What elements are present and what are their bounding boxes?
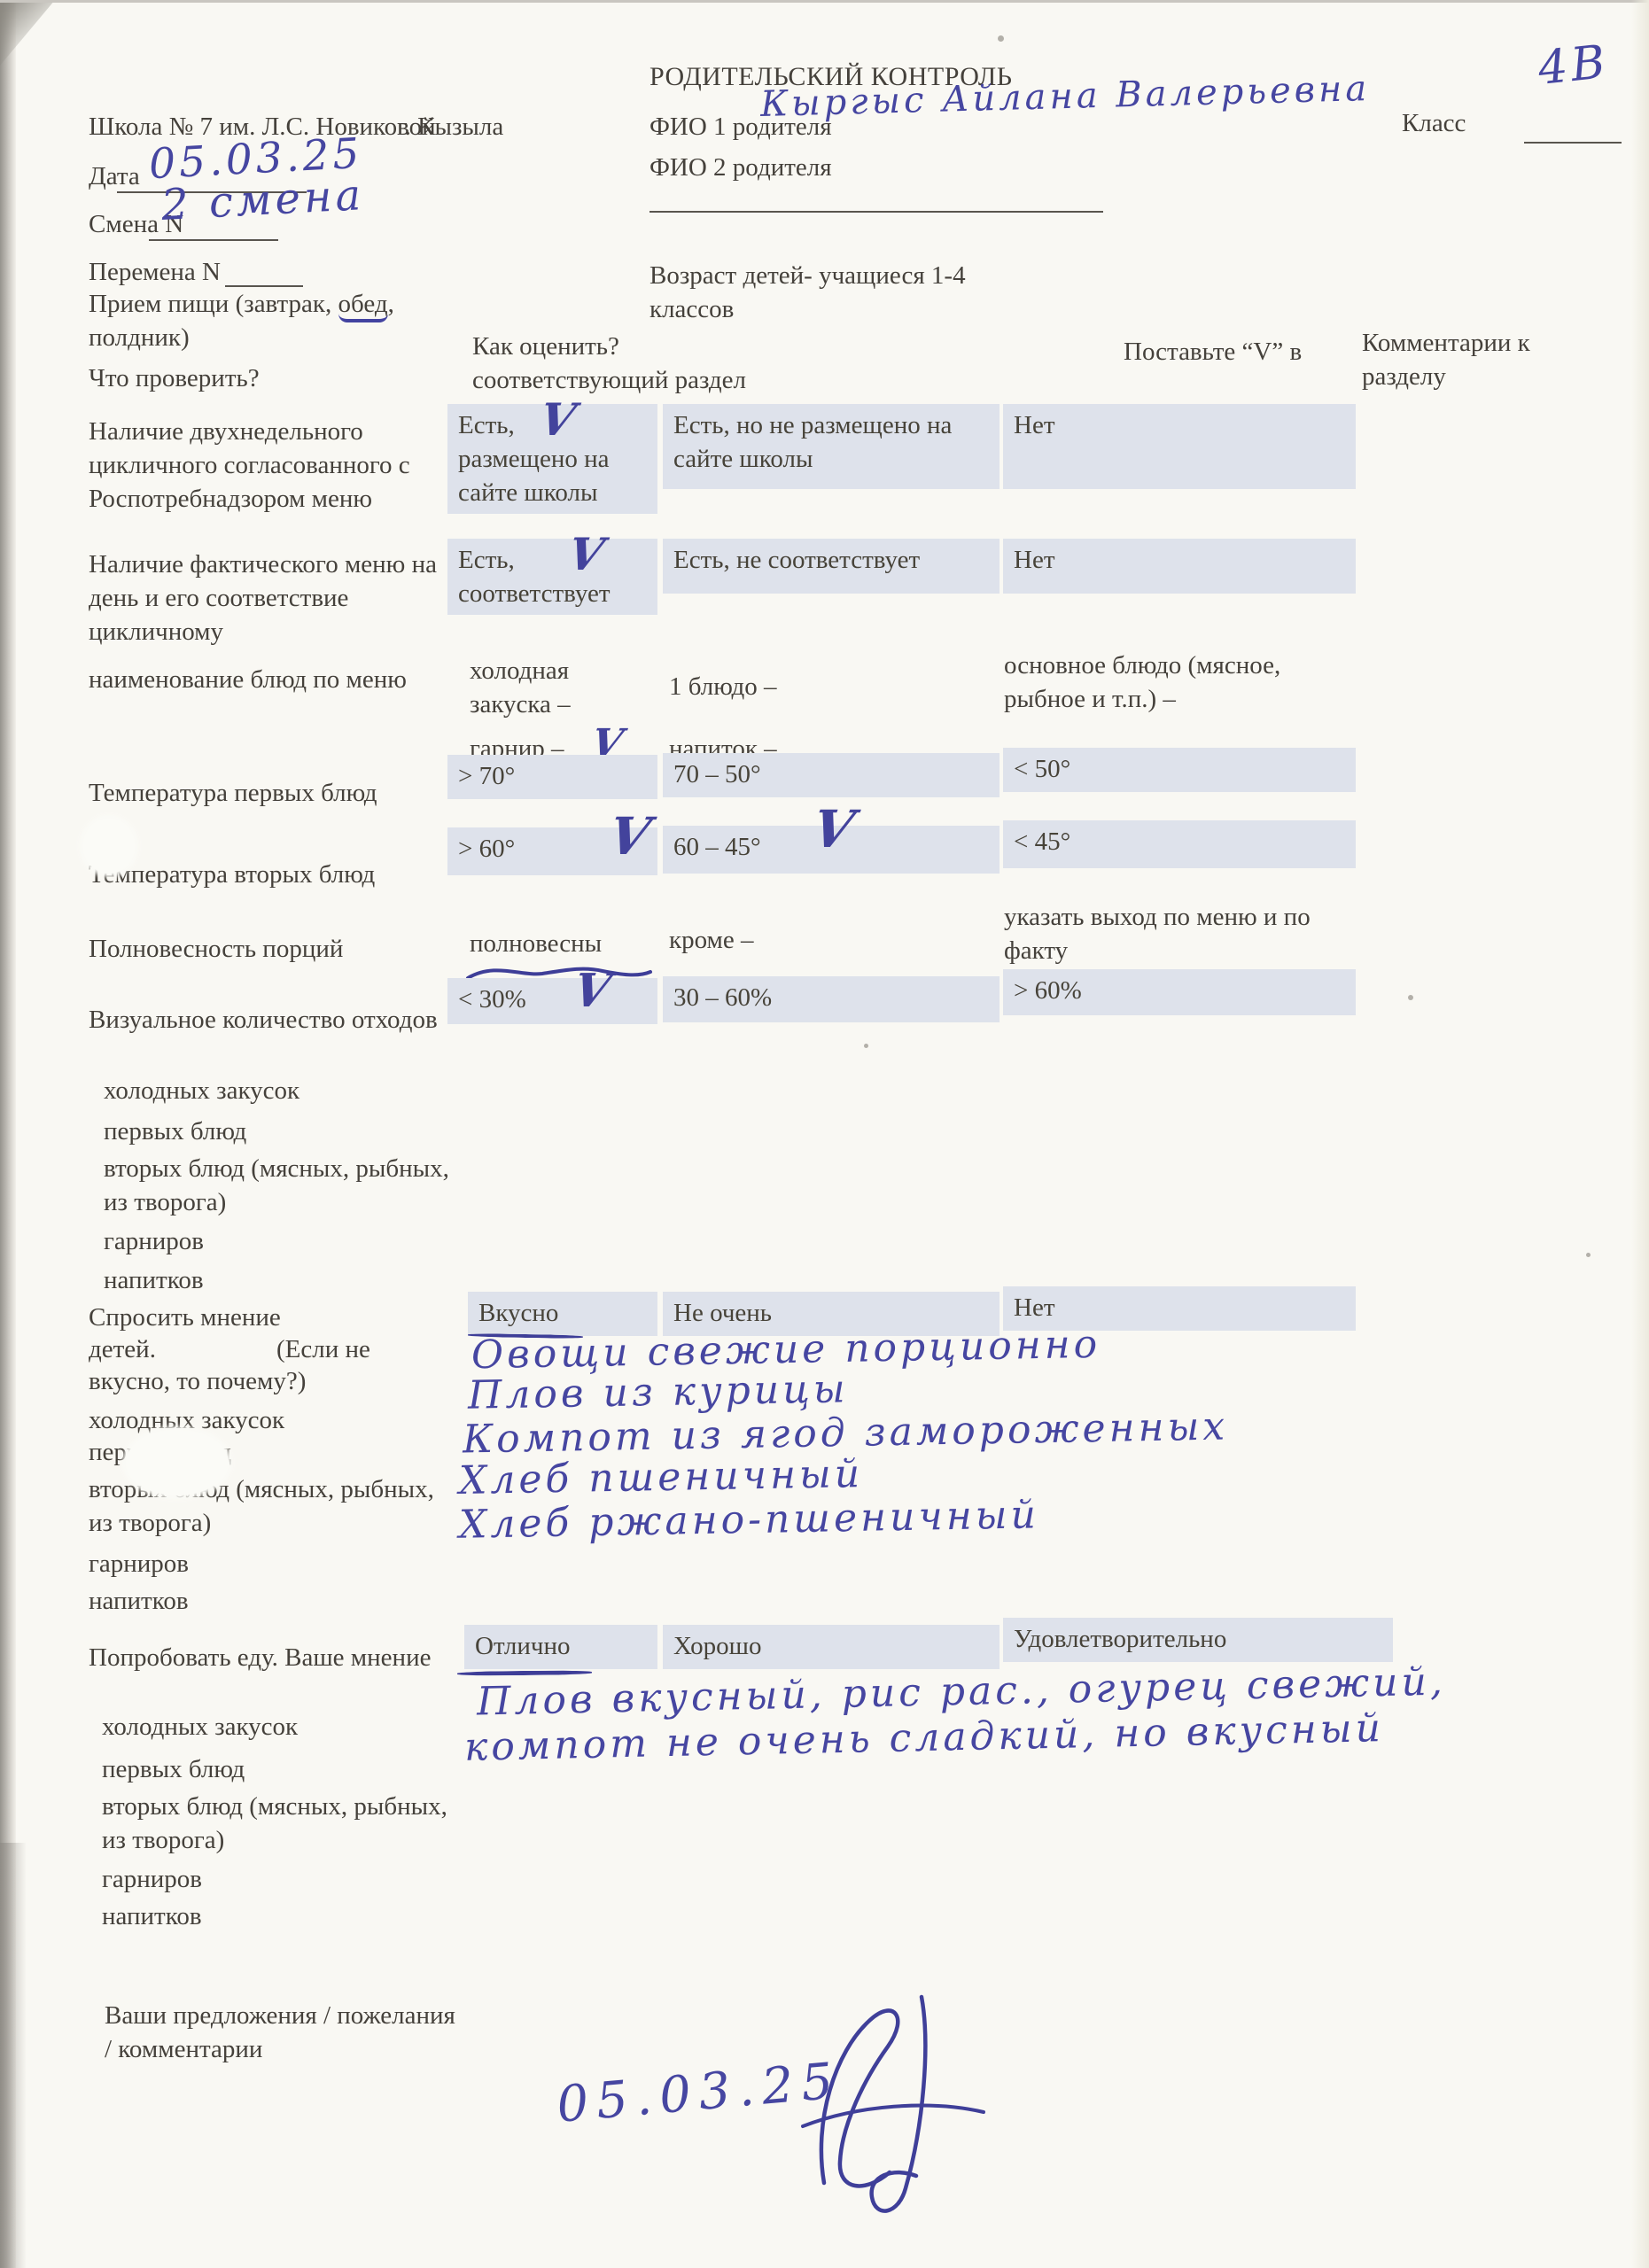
signature [783, 1988, 996, 2227]
break-label: Перемена N [89, 255, 221, 289]
temp-first-gt70: > 70° [447, 755, 657, 799]
meal-suffix: , [388, 290, 394, 318]
list1-second-courses: вторых блюд (мясных, рыбных, [104, 1152, 449, 1185]
waste-gt60: > 60% [1003, 969, 1356, 1015]
row-fact-menu-label: Наличие фактического меню на день и его … [89, 548, 437, 649]
date-label: Дата [89, 159, 140, 193]
dish-first-course: 1 блюдо – [669, 670, 776, 703]
dish-main-course: основное блюдо (мясное, рыбное и т.п.) – [1004, 649, 1280, 716]
scan-speck [864, 1044, 868, 1048]
list2-garnishes: гарниров [89, 1547, 189, 1581]
meal-label: Прием пищи (завтрак, обед, [89, 287, 394, 321]
list1-drinks: напитков [104, 1263, 204, 1297]
cyclic-menu-opt-no: Нет [1003, 404, 1356, 489]
portions-except: кроме – [669, 923, 754, 957]
scan-speck [1408, 995, 1413, 1000]
row-ask-label-2b: (Если не [276, 1332, 370, 1366]
class-label: Класс [1402, 106, 1466, 140]
row-temp-second-label: Температура вторых блюд [89, 858, 375, 891]
row-cyclic-menu-label: Наличие двухнедельного цикличного соглас… [89, 415, 410, 516]
list3-first-courses: первых блюд [102, 1752, 245, 1786]
row-ask-label-1: Спросить мнение [89, 1301, 281, 1334]
temp-first-70-50: 70 – 50° [663, 753, 1000, 797]
age-note: Возраст детей- учащиеся 1-4 классов [649, 259, 966, 326]
portions-full: полновесны [470, 927, 602, 960]
taste-opt-satisfactory: Удовлетворительно [1003, 1618, 1393, 1662]
scan-corner-top-left [0, 0, 55, 66]
correction-blob [126, 1430, 229, 1495]
pen-underline-excellent [457, 1670, 592, 1676]
meal-prefix: Прием пищи (завтрак, [89, 290, 338, 318]
list1-first-courses: первых блюд [104, 1115, 246, 1148]
fact-menu-opt-no-match: Есть, не соответствует [663, 539, 1000, 594]
portions-specify-yield: указать выход по меню и по факту [1004, 900, 1311, 967]
row-portions-label: Полновесность порций [89, 932, 343, 966]
waste-lt30: < 30% [447, 978, 657, 1024]
temp-first-lt50: < 50° [1003, 748, 1356, 792]
class-underline [1524, 142, 1622, 144]
ask-note-5: Хлеб ржано-пшеничный [459, 1492, 1040, 1547]
scan-speck [998, 35, 1004, 42]
col-header-how: Как оценить? соответствующий раздел [472, 330, 746, 397]
shift-underline [149, 239, 278, 241]
list1-second-courses-cont: из творога) [104, 1185, 226, 1219]
col-header-put-v: Поставьте “V” в [1124, 335, 1302, 369]
col-header-what: Что проверить? [89, 361, 260, 395]
row-taste-label: Попробовать еду. Ваше мнение [89, 1641, 431, 1674]
list3-garnishes: гарниров [102, 1862, 202, 1896]
fio2-label: ФИО 2 родителя [649, 151, 832, 184]
col-header-comments: Комментарии к разделу [1362, 326, 1530, 393]
fio2-underline [649, 211, 1103, 213]
list2-drinks: напитков [89, 1584, 189, 1618]
cyclic-menu-opt-not-posted: Есть, но не размещено на сайте школы [663, 404, 1000, 489]
scan-edge-right [1631, 0, 1649, 2268]
row-waste-label: Визуальное количество отходов [89, 1003, 438, 1037]
scan-edge-top [0, 0, 1649, 3]
list1-cold-appetizers: холодных закусок [104, 1074, 299, 1107]
list3-second-courses: вторых блюд (мясных, рыбных, [102, 1790, 447, 1823]
suggestions-label: Ваши предложения / пожелания / комментар… [105, 1999, 455, 2066]
class-handwritten: 4В [1536, 35, 1611, 96]
dish-cold-appetizer: холодная закуска – [470, 654, 571, 721]
list3-second-courses-cont: из творога) [102, 1823, 224, 1857]
shift-handwritten: 2 смена [160, 170, 366, 230]
fact-menu-opt-match: Есть, соответствует [447, 539, 657, 615]
scan-speck [1586, 1253, 1591, 1257]
city-label: г. Кызыла [397, 110, 503, 144]
ask-note-2: Плов из курицы [468, 1366, 849, 1417]
fact-menu-opt-no: Нет [1003, 539, 1356, 594]
meal-word-underlined: обед [338, 290, 388, 322]
list3-cold-appetizers: холодных закусок [102, 1710, 298, 1744]
row-ask-label-2: детей. [89, 1332, 156, 1366]
waste-30-60: 30 – 60% [663, 976, 1000, 1022]
meal-label-line2: полдник) [89, 321, 190, 354]
row-temp-first-label: Температура первых блюд [89, 776, 377, 810]
row-ask-label-3: вкусно, то почему?) [89, 1364, 306, 1398]
list3-drinks: напитков [102, 1899, 202, 1933]
list1-garnishes: гарниров [104, 1224, 204, 1258]
temp-second-lt45: < 45° [1003, 820, 1356, 868]
row-dish-names-label: наименование блюд по меню [89, 663, 407, 696]
taste-opt-good: Хорошо [663, 1625, 1000, 1669]
scanned-form-page: Школа № 7 им. Л.С. Новиковой г. Кызыла Д… [0, 0, 1649, 2268]
paper-blot [83, 819, 135, 874]
scan-edge-left-bottom [0, 1843, 27, 2268]
taste-opt-excellent: Отлично [464, 1625, 657, 1669]
list2-second-courses-cont: из творога) [89, 1506, 211, 1540]
